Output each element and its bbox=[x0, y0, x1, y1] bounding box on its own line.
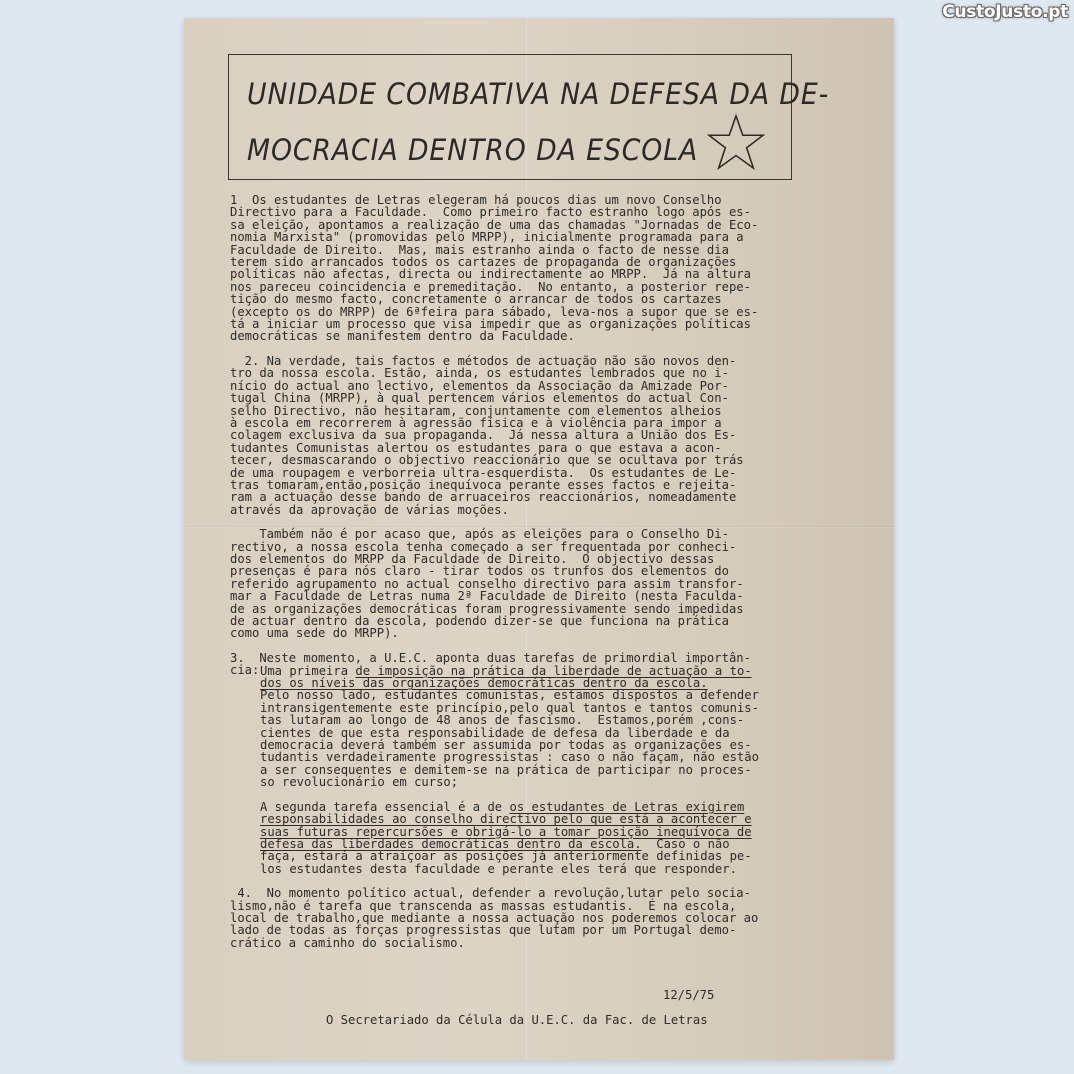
text-line: tugal China (MRPP), à qual pertencem vár… bbox=[230, 392, 830, 404]
document-body: 1 Os estudantes de Letras elegeram há po… bbox=[230, 194, 830, 949]
text-line: tas lutaram ao longo de 48 anos de fasci… bbox=[260, 714, 830, 726]
title-box: UNIDADE COMBATIVA NA DEFESA DA DE- MOCRA… bbox=[228, 54, 792, 180]
text-line: tudantis verdadeiramente progressistas :… bbox=[260, 751, 830, 763]
text-line: lado de todas as forças progressistas qu… bbox=[230, 924, 830, 936]
text-line: so revolucionário em curso; bbox=[260, 776, 830, 788]
text-line: através da aprovação de várias moções. bbox=[230, 504, 830, 516]
text-line: presenças é para nós claro - tirar todos… bbox=[230, 565, 830, 577]
paragraph-4-task-1: Uma primeira de imposição na prática da … bbox=[230, 665, 830, 789]
text-line: tição do mesmo facto, concretamente o ar… bbox=[230, 293, 830, 305]
text-line: los estudantes desta faculdade e perante… bbox=[260, 863, 830, 875]
text-line: Directivo para a Faculdade. Como primeir… bbox=[230, 206, 830, 218]
text-line: 3. Neste momento, a U.E.C. aponta duas t… bbox=[230, 652, 830, 664]
custojusto-watermark: CustoJusto.pt bbox=[942, 2, 1068, 22]
text-line: tecer, desmascarando o objectivo reaccio… bbox=[230, 454, 830, 466]
text-line: políticas não afectas, directa ou indire… bbox=[230, 268, 830, 280]
text-line: como uma sede do MRPP). bbox=[230, 627, 830, 639]
text-line: nomia Marxista" (promovidas pelo MRPP), … bbox=[230, 231, 830, 243]
paragraph-3: Também não é por acaso que, após as elei… bbox=[230, 528, 830, 640]
text-line: colagem exclusiva da sua propaganda. Já … bbox=[230, 429, 830, 441]
paragraph-4-task-2: A segunda tarefa essencial é a de os est… bbox=[230, 801, 830, 875]
text-line: 4. No momento político actual, defender … bbox=[230, 887, 830, 899]
paragraph-5: 4. No momento político actual, defender … bbox=[230, 887, 830, 949]
text-line: mar a Faculdade de Letras numa 2ª Faculd… bbox=[230, 590, 830, 602]
text-line: crático a caminho do socialismo. bbox=[230, 937, 830, 949]
paragraph-1: 1 Os estudantes de Letras elegeram há po… bbox=[230, 194, 830, 343]
document-page: UNIDADE COMBATIVA NA DEFESA DA DE- MOCRA… bbox=[184, 18, 894, 1060]
title-line-2: MOCRACIA DENTRO DA ESCOLA bbox=[247, 133, 698, 167]
text-line: faça, estará a atraiçoar as posições já … bbox=[260, 850, 830, 862]
text-line: Também não é por acaso que, após as elei… bbox=[230, 528, 830, 540]
document-date: 12/5/75 bbox=[663, 988, 714, 1002]
text-line: ram a actuação desse bando de arruaceiro… bbox=[230, 491, 830, 503]
signature: O Secretariado da Célula da U.E.C. da Fa… bbox=[326, 1013, 708, 1027]
star-icon bbox=[707, 113, 765, 171]
text-line: Pelo nosso lado, estudantes comunistas, … bbox=[260, 689, 830, 701]
text-line: democráticas se manifestem dentro da Fac… bbox=[230, 330, 830, 342]
text-line: tro da nossa escola. Estão, ainda, os es… bbox=[230, 367, 830, 379]
title-line-1: UNIDADE COMBATIVA NA DEFESA DA DE- bbox=[247, 77, 829, 111]
paragraph-2: 2. Na verdade, tais factos e métodos de … bbox=[230, 355, 830, 516]
